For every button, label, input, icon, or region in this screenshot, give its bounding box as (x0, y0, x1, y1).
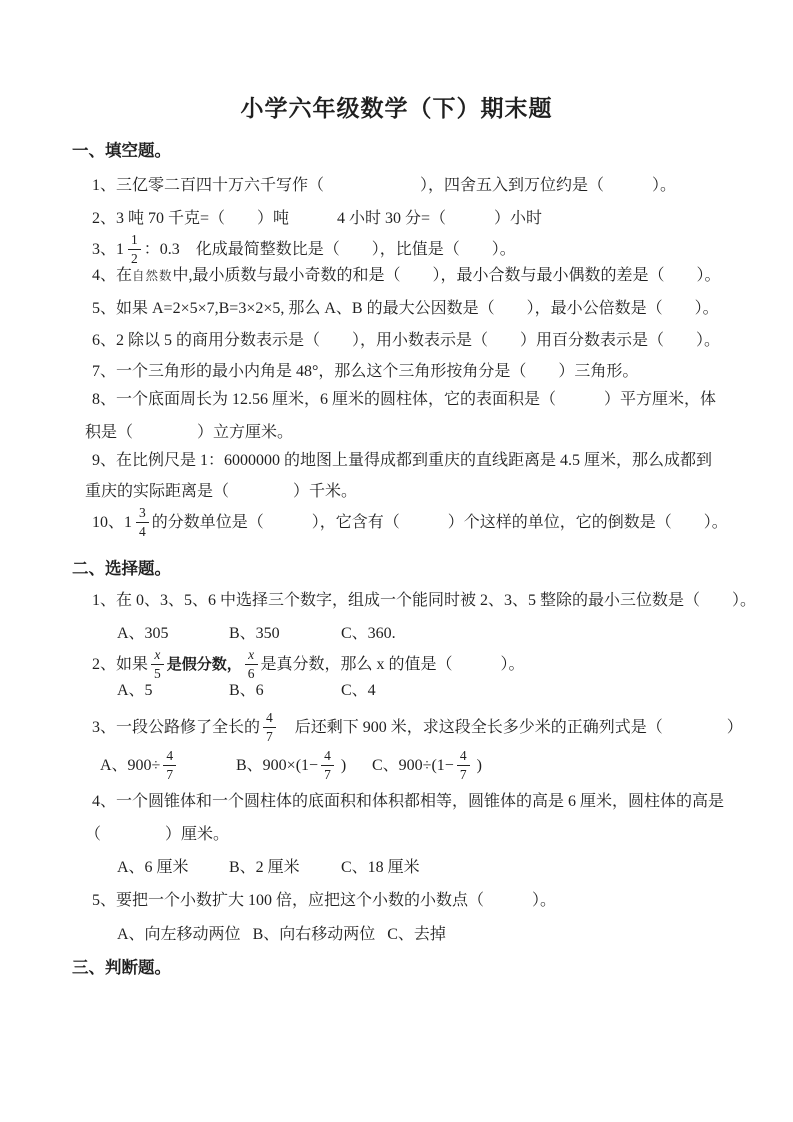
question-number: 3、 (92, 239, 116, 260)
s1-question-4: 4、在自然数中,最小质数与最小奇数的和是（ ），最小合数与最小偶数的差是（ ）。 (85, 265, 763, 287)
mixed-number: 1 1 2 (116, 233, 144, 265)
fraction-4-over-7: 4 7 (457, 749, 470, 781)
question-text: 2、如果 (92, 654, 148, 675)
option-expression: C、900÷(1− (372, 755, 454, 776)
s2-question-2-options: A、5 B、6 C、4 (117, 680, 793, 701)
fraction-numerator: 4 (457, 749, 470, 765)
option-a: A、305 (117, 623, 217, 644)
s1-question-9-line-1: 9、在比例尺是 1：6000000 的地图上量得成都到重庆的直线距离是 4.5 … (85, 450, 763, 471)
s2-question-2: 2、如果 x 5 是假分数， x 6 是真分数，那么 x 的值是（ ）。 (85, 648, 763, 680)
fraction-numerator: x (151, 648, 163, 664)
fraction: 3 4 (136, 506, 149, 538)
option-a: A、900÷ 4 7 (100, 749, 228, 781)
question-text: 4、在 (92, 267, 132, 284)
option-expression: A、900÷ (100, 755, 160, 776)
fraction-denominator: 4 (136, 522, 149, 539)
option-a: A、5 (117, 680, 217, 701)
question-text: 是真分数，那么 x 的值是（ ）。 (261, 654, 525, 675)
s1-question-8-line-1: 8、一个底面周长为 12.56 厘米，6 厘米的圆柱体，它的表面积是（ ）平方厘… (85, 389, 763, 410)
natural-number-term: 自然数 (132, 269, 173, 283)
option-expression: ) (337, 755, 346, 776)
option-c: C、4 (341, 680, 441, 701)
fraction-numerator: 1 (128, 233, 141, 249)
ratio-text: ：0.3 (144, 239, 180, 260)
s1-question-7: 7、一个三角形的最小内角是 48°，那么这个三角形按角分是（ ）三角形。 (85, 361, 763, 382)
option-expression: B、900×(1− (236, 755, 318, 776)
option-b: B、2 厘米 (229, 857, 329, 878)
s2-question-4-options: A、6 厘米 B、2 厘米 C、18 厘米 (117, 857, 793, 878)
s1-question-3: 3、 1 1 2 ：0.3 化成最简整数比是（ ），比值是（ ）。 (85, 233, 763, 265)
s2-question-4-line-1: 4、一个圆锥体和一个圆柱体的底面积和体积都相等，圆锥体的高是 6 厘米，圆柱体的… (85, 791, 763, 812)
option-c: C、18 厘米 (341, 857, 441, 878)
fraction-denominator: 7 (321, 765, 334, 782)
option-expression: ) (473, 755, 482, 776)
option-b: B、向右移动两位 (253, 924, 376, 945)
s1-question-2: 2、3 吨 70 千克=（ ）吨 4 小时 30 分=（ ）小时 (85, 208, 763, 229)
question-text: 3、一段公路修了全长的 (92, 717, 260, 738)
whole-number: 1 (116, 239, 124, 260)
fraction-denominator: 5 (151, 664, 164, 681)
s1-question-10: 10、 1 3 4 的分数单位是（ ），它含有（ ）个这样的单位，它的倒数是（ … (85, 506, 763, 538)
option-c: C、900÷(1− 4 7 ) (372, 749, 500, 781)
option-a: A、向左移动两位 (117, 924, 241, 945)
fraction-denominator: 7 (163, 765, 176, 782)
section-3-heading: 三、判断题。 (72, 957, 793, 979)
s1-question-5: 5、如果 A=2×5×7,B=3×2×5, 那么 A、B 的最大公因数是（ ），… (85, 298, 763, 319)
fraction-numerator: x (245, 648, 257, 664)
s2-question-3-options: A、900÷ 4 7 B、900×(1− 4 7 ) C、900÷(1− 4 7… (100, 749, 793, 781)
fraction-x-over-5: x 5 (151, 648, 164, 680)
page-title: 小学六年级数学（下）期末题 (0, 94, 793, 124)
s2-question-1: 1、在 0、3、5、6 中选择三个数字，组成一个能同时被 2、3、5 整除的最小… (85, 590, 763, 611)
fraction-4-over-7: 4 7 (163, 749, 176, 781)
s2-question-5-options: A、向左移动两位 B、向右移动两位 C、去掉 (117, 924, 793, 945)
fraction-x-over-6: x 6 (245, 648, 258, 680)
section-1-heading: 一、填空题。 (72, 140, 793, 162)
question-text: 化成最简整数比是（ ），比值是（ ）。 (180, 239, 516, 260)
fraction-numerator: 4 (263, 711, 276, 727)
fraction: 1 2 (128, 233, 141, 265)
s2-question-4-line-2: （ ）厘米。 (85, 824, 763, 845)
question-text: 后还剩下 900 米，求这段全长多少米的正确列式是（ ） (279, 717, 743, 738)
whole-number: 1 (124, 512, 132, 533)
fraction-denominator: 6 (245, 664, 258, 681)
option-b: B、6 (229, 680, 329, 701)
question-text: 中,最小质数与最小奇数的和是（ ），最小合数与最小偶数的差是（ ）。 (173, 267, 721, 284)
fraction-numerator: 4 (163, 749, 176, 765)
s2-question-3: 3、一段公路修了全长的 4 7 后还剩下 900 米，求这段全长多少米的正确列式… (85, 711, 763, 743)
mixed-number: 1 3 4 (124, 506, 152, 538)
question-text: 的分数单位是（ ），它含有（ ）个这样的单位，它的倒数是（ ）。 (152, 512, 728, 533)
s2-question-1-options: A、305 B、350 C、360. (117, 623, 793, 644)
question-number: 10、 (92, 512, 124, 533)
fraction-numerator: 3 (136, 506, 149, 522)
option-b: B、350 (229, 623, 329, 644)
option-c: C、去掉 (387, 924, 487, 945)
option-b: B、900×(1− 4 7 ) (236, 749, 364, 781)
s1-question-1: 1、三亿零二百四十万六千写作（ ），四舍五入到万位约是（ ）。 (85, 175, 763, 196)
fraction-denominator: 2 (128, 249, 141, 266)
s1-question-8-line-2: 积是（ ）立方厘米。 (85, 422, 763, 443)
fraction-denominator: 7 (263, 727, 276, 744)
fraction-4-over-7: 4 7 (321, 749, 334, 781)
section-2-heading: 二、选择题。 (72, 558, 793, 580)
fraction-numerator: 4 (321, 749, 334, 765)
exam-document-page: 小学六年级数学（下）期末题 一、填空题。 1、三亿零二百四十万六千写作（ ），四… (0, 0, 793, 1122)
improper-fraction-term: 是假分数， (167, 654, 242, 675)
s1-question-9-line-2: 重庆的实际距离是（ ）千米。 (85, 481, 763, 502)
fraction-4-over-7: 4 7 (263, 711, 276, 743)
option-a: A、6 厘米 (117, 857, 217, 878)
s1-question-6: 6、2 除以 5 的商用分数表示是（ ），用小数表示是（ ）用百分数表示是（ ）… (85, 330, 763, 351)
s2-question-5: 5、要把一个小数扩大 100 倍，应把这个小数的小数点（ ）。 (85, 890, 763, 911)
fraction-denominator: 7 (457, 765, 470, 782)
option-c: C、360. (341, 623, 441, 644)
